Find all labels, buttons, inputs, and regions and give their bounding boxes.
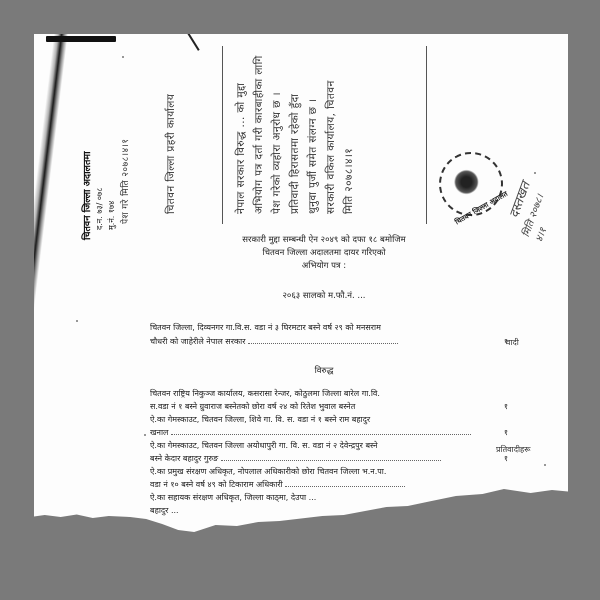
- header-line-2: चितवन जिल्ला अदालतमा दायर गरिएको: [154, 247, 494, 260]
- margin-handwritten-date: पेश गरे मिति २०७८।४।१: [118, 139, 131, 224]
- defendant-1-line-1: चितवन राष्ट्रिय निकुञ्ज कार्यालय, कसरासा…: [150, 388, 508, 399]
- defendant-1-line-2: स.वडा नं १ बस्ने ग्रुवाराज बस्नेतको छोरा…: [150, 401, 508, 412]
- header-line-1: सरकारी मुद्दा सम्बन्धी ऐन २०४९ को दफा १८…: [154, 234, 494, 247]
- scan-speck: [122, 56, 124, 58]
- scanned-document-page: चितवन जिल्ला अदालतमा द.न. ७३/ ०७८ मु.नं.…: [34, 34, 568, 534]
- margin-stamp-line-2: मु.नं. १७४: [106, 201, 117, 230]
- document-title: अभियोग पत्र :: [154, 260, 494, 273]
- defendant-2-index: १: [504, 427, 508, 438]
- handwritten-line: मिति २०७८।४।१: [342, 148, 356, 214]
- plaintiff-line-2: चौधरी को जाहेरीले नेपाल सरकार: [150, 336, 508, 347]
- handwritten-line: प्रतिवादी हिरासतमा रहेको हुँदा: [288, 94, 302, 214]
- binding-shadow: [0, 34, 68, 534]
- dotted-leader: [221, 460, 441, 461]
- defendants-side-label: प्रतिवादीहरू: [496, 444, 531, 455]
- dotted-leader: [248, 343, 398, 344]
- dotted-leader: [285, 486, 405, 487]
- defendant-2-line-2: खनाल: [150, 427, 508, 438]
- redaction-bar: [46, 36, 116, 42]
- scan-speck: [544, 464, 546, 466]
- defendant-4-line-1: ऐ.का प्रमुख संरक्षण अधिकृत, नोपलाल अधिका…: [150, 466, 508, 477]
- defendant-3-line-1: ऐ.का गेमस्काउट, चितवन जिल्ला अयोधापुरी ग…: [150, 440, 508, 451]
- case-number: २०६३ सालको म.फौ.नं. ...: [154, 290, 494, 303]
- handwritten-note-left: चितवन जिल्ला प्रहरी कार्यालय: [164, 94, 178, 214]
- defendant-4-line-2: वडा नं १० बस्ने वर्ष ४९ को टिकाराम अधिका…: [150, 479, 508, 490]
- defendant-3-name: बस्ने केदार बहादुर गुरुङ: [150, 454, 218, 463]
- handwritten-rule-left: [222, 46, 223, 224]
- defendant-3-line-2: बस्ने केदार बहादुर गुरुङ: [150, 453, 508, 464]
- pen-mark: [186, 31, 199, 51]
- defendant-5-line-1: ऐ.का सहायक संरक्षण अधिकृत, जिल्ला काठ्मा…: [150, 492, 508, 503]
- defendant-1-index: १: [504, 401, 508, 412]
- defendant-4-name: वडा नं १० बस्ने वर्ष ४९ को टिकाराम अधिका…: [150, 480, 283, 489]
- plaintiff-side-label: वादी: [506, 337, 519, 348]
- handwritten-line: थुनुवा पुर्जी समेत संलग्न छ ।: [306, 98, 320, 214]
- handwritten-rule-right: [426, 46, 427, 224]
- margin-stamp-line-1: द.न. ७३/ ०७८: [94, 188, 105, 230]
- defendant-5-line-2: बहादुर ...: [150, 505, 508, 516]
- handwritten-line: पेश गरेको व्यहोरा अनुरोध छ ।: [270, 92, 284, 214]
- margin-stamp-title: चितवन जिल्ला अदालतमा: [80, 151, 93, 240]
- handwritten-line: नेपाल सरकार विरुद्ध ... को मुद्दा: [234, 83, 248, 214]
- plaintiff-line-1: चितवन जिल्ला, दिव्यनगर गा.वि.स. वडा नं ३…: [150, 322, 508, 333]
- handwritten-line: सरकारी वकिल कार्यालय, चितवन: [324, 80, 338, 214]
- plaintiff-name: चौधरी को जाहेरीले नेपाल सरकार: [150, 337, 245, 346]
- scan-speck: [76, 320, 78, 322]
- scan-speck: [534, 172, 536, 174]
- scan-speck: [144, 434, 146, 436]
- versus-label: विरुद्ध: [154, 365, 494, 378]
- defendant-2-name: खनाल: [150, 428, 168, 437]
- emblem-icon: [449, 165, 484, 199]
- dotted-leader: [171, 434, 471, 435]
- defendant-2-line-1: ऐ.का गेमस्काउट, चितवन जिल्ला, शिवे गा. व…: [150, 414, 508, 425]
- handwritten-line: अभियोग पत्र दर्ता गरी कारबाहीका लागि: [252, 55, 266, 214]
